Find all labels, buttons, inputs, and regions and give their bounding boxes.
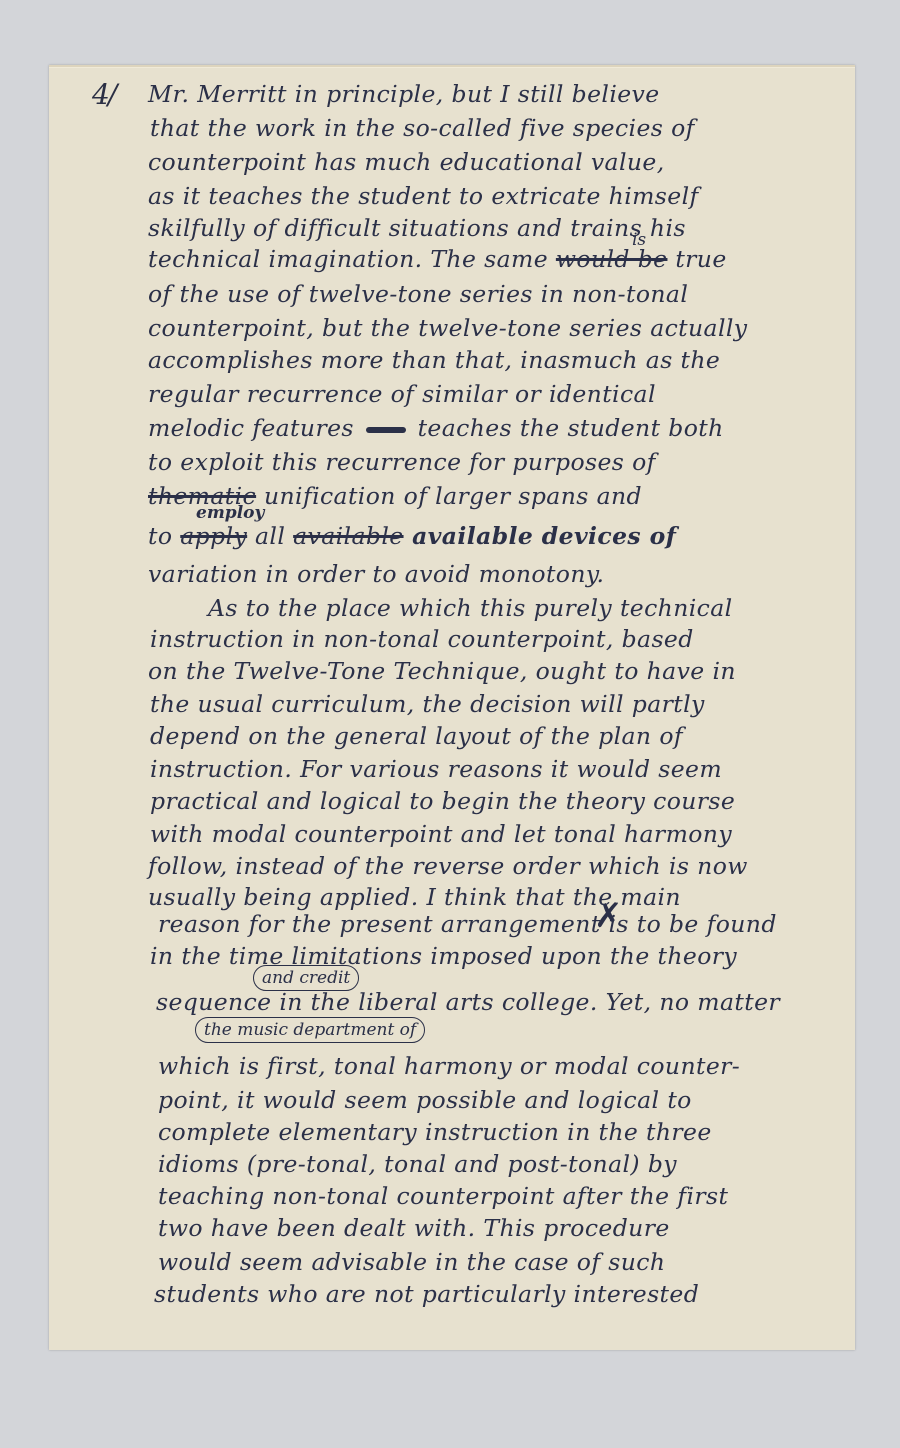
text-line: Mr. Merritt in principle, but I still be… <box>148 80 660 108</box>
text-line: variation in order to avoid monotony. <box>148 560 604 588</box>
text-line-with-correction: to apply all available available devices… <box>148 522 676 550</box>
struck-text: apply <box>180 522 247 550</box>
text-line: in the time limitations imposed upon the… <box>150 942 737 970</box>
line-text: melodic features <box>148 414 362 442</box>
text-line: to exploit this recurrence for purposes … <box>148 448 656 476</box>
text-line: reason for the present arrangement is to… <box>158 910 777 938</box>
text-line: complete elementary instruction in the t… <box>158 1118 712 1146</box>
text-line: instruction. For various reasons it woul… <box>150 755 722 783</box>
text-line-with-blot: melodic features teaches the student bot… <box>148 414 724 442</box>
text-line: two have been dealt with. This procedure <box>158 1214 670 1242</box>
ink-blot <box>366 427 406 433</box>
inserted-phrase-bubble: the music department of <box>195 1017 425 1043</box>
text-line: skilfully of difficult situations and tr… <box>148 214 686 242</box>
line-text: all <box>247 522 293 550</box>
struck-text: available <box>293 522 403 550</box>
line-text: technical imagination. The same <box>148 245 556 273</box>
text-line: counterpoint, but the twelve-tone series… <box>148 314 747 342</box>
struck-text: would be <box>556 245 668 273</box>
line-text: available devices of <box>404 522 677 550</box>
inserted-word: employ <box>196 503 264 523</box>
text-line: regular recurrence of similar or identic… <box>148 380 656 408</box>
inserted-word: is <box>632 230 646 250</box>
text-line: follow, instead of the reverse order whi… <box>148 852 748 880</box>
text-line: students who are not particularly intere… <box>154 1280 699 1308</box>
text-line: of the use of twelve-tone series in non-… <box>148 280 688 308</box>
line-text: teaches the student both <box>410 414 724 442</box>
text-line: the usual curriculum, the decision will … <box>150 690 705 718</box>
line-text: to <box>148 522 180 550</box>
text-line: which is first, tonal harmony or modal c… <box>158 1052 740 1080</box>
page-number: 4/ <box>92 78 115 111</box>
text-line: with modal counterpoint and let tonal ha… <box>150 820 732 848</box>
text-line: teaching non-tonal counterpoint after th… <box>158 1182 728 1210</box>
text-line: instruction in non-tonal counterpoint, b… <box>150 625 694 653</box>
line-text: true <box>667 245 726 273</box>
text-line: on the Twelve-Tone Technique, ought to h… <box>148 657 736 685</box>
text-line: depend on the general layout of the plan… <box>150 722 683 750</box>
text-line: that the work in the so-called five spec… <box>150 114 695 142</box>
text-line: point, it would seem possible and logica… <box>158 1086 692 1114</box>
text-line: accomplishes more than that, inasmuch as… <box>148 346 720 374</box>
text-line: idioms (pre-tonal, tonal and post-tonal)… <box>158 1150 677 1178</box>
text-line: would seem advisable in the case of such <box>158 1248 665 1276</box>
text-line: As to the place which this purely techni… <box>208 594 733 622</box>
insertion-mark-icon: ✗ <box>594 896 623 936</box>
text-line: counterpoint has much educational value, <box>148 148 665 176</box>
text-line: practical and logical to begin the theor… <box>150 787 735 815</box>
text-line: as it teaches the student to extricate h… <box>148 182 699 210</box>
text-line: sequence in the liberal arts college. Ye… <box>156 988 780 1016</box>
line-text: unification of larger spans and <box>256 482 642 510</box>
